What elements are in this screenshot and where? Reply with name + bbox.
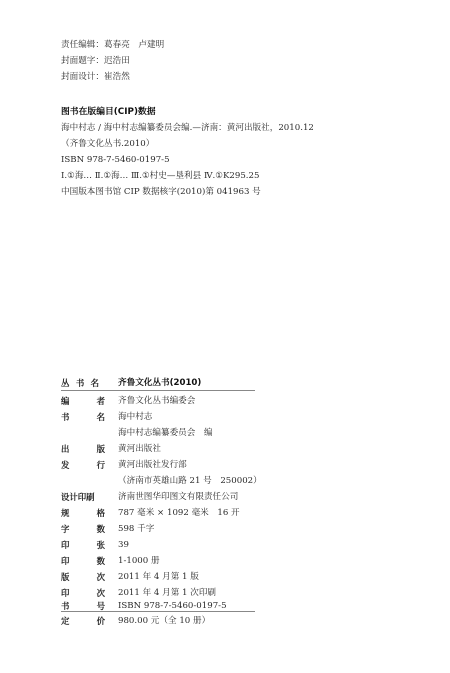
row-label: 出版 <box>61 443 105 455</box>
label-char: 字 <box>61 523 69 535</box>
label-char: 名 <box>91 377 99 389</box>
label-char: 数 <box>97 555 105 567</box>
cip-line: 海中村志 / 海中村志编纂委员会编.—济南：黄河出版社，2010.12 <box>61 123 314 134</box>
label-char: 行 <box>97 459 105 471</box>
label-char: 版 <box>97 443 105 455</box>
label-char: 设计印刷 <box>61 491 95 503</box>
row-label: 发行 <box>61 459 105 471</box>
label-char: 张 <box>97 539 105 551</box>
row-value: 980.00 元（全 10 册） <box>118 615 210 627</box>
row-label: 编者 <box>61 395 105 407</box>
row-label: 丛 书 名 <box>61 377 99 389</box>
row-label: 印张 <box>61 539 105 551</box>
row-label: 印次 <box>61 587 105 599</box>
credit-value: 崔浩然 <box>104 72 130 82</box>
divider-top <box>61 390 255 391</box>
credit-label: 责任编辑 <box>61 40 95 50</box>
label-char: 格 <box>97 507 105 519</box>
label-char: 价 <box>97 615 105 627</box>
row-value: 黄河出版社 <box>118 443 161 455</box>
row-value: 齐鲁文化丛书(2010) <box>118 377 201 389</box>
label-char: 出 <box>61 443 69 455</box>
label-char: 版 <box>61 571 69 583</box>
credit-label: 封面题字 <box>61 56 95 66</box>
row-value: 齐鲁文化丛书编委会 <box>118 395 195 407</box>
cip-title: 图书在版编目(CIP)数据 <box>61 107 156 118</box>
row-label: 规格 <box>61 507 105 519</box>
row-label: 设计印刷 <box>61 491 109 503</box>
row-value: （济南市英雄山路 21 号 250002） <box>118 475 262 487</box>
row-value: 海中村志编纂委员会 编 <box>118 427 213 439</box>
credit-editor: 责任编辑：葛春亮 卢建明 <box>61 40 164 51</box>
credit-cover-design: 封面设计：崔浩然 <box>61 72 130 83</box>
row-value: 787 毫米 × 1092 毫米 16 开 <box>118 507 240 519</box>
label-char: 印 <box>61 555 69 567</box>
cip-line: 中国版本图书馆 CIP 数据核字(2010)第 041963 号 <box>61 187 261 198</box>
row-label: 版次 <box>61 571 105 583</box>
label-char: 丛 <box>61 377 69 389</box>
row-value: 598 千字 <box>118 523 154 535</box>
credit-cover-inscription: 封面题字：迟浩田 <box>61 56 130 67</box>
row-value: 1-1000 册 <box>118 555 160 567</box>
label-char: 书 <box>76 377 84 389</box>
label-char: 数 <box>97 523 105 535</box>
cip-line: （齐鲁文化丛书.2010） <box>61 139 154 150</box>
label-char: 次 <box>97 587 105 599</box>
label-char: 次 <box>97 571 105 583</box>
label-char: 名 <box>97 411 105 423</box>
row-value: 济南世图华印图文有限责任公司 <box>118 491 238 503</box>
cip-line: Ⅰ.①海… Ⅱ.①海… Ⅲ.①村史—垦利县 Ⅳ.①K295.25 <box>61 171 259 182</box>
label-char: 书 <box>61 411 69 423</box>
row-label: 定价 <box>61 615 105 627</box>
label-char: 者 <box>97 395 105 407</box>
credit-label: 封面设计 <box>61 72 95 82</box>
row-label: 书名 <box>61 411 105 423</box>
cip-line: ISBN 978-7-5460-0197-5 <box>61 155 170 166</box>
credit-value: 葛春亮 卢建明 <box>104 40 164 50</box>
label-char: 印 <box>61 587 69 599</box>
row-value: 2011 年 4 月第 1 次印刷 <box>118 587 216 599</box>
divider-bottom <box>61 611 255 612</box>
label-char: 定 <box>61 615 69 627</box>
label-char: 发 <box>61 459 69 471</box>
row-value: 2011 年 4 月第 1 版 <box>118 571 199 583</box>
row-label: 字数 <box>61 523 105 535</box>
row-value: 黄河出版社发行部 <box>118 459 187 471</box>
row-label: 印数 <box>61 555 105 567</box>
label-char: 印 <box>61 539 69 551</box>
credit-value: 迟浩田 <box>104 56 130 66</box>
label-char: 编 <box>61 395 69 407</box>
row-value: 39 <box>118 539 129 551</box>
row-value: 海中村志 <box>118 411 152 423</box>
label-char: 规 <box>61 507 69 519</box>
